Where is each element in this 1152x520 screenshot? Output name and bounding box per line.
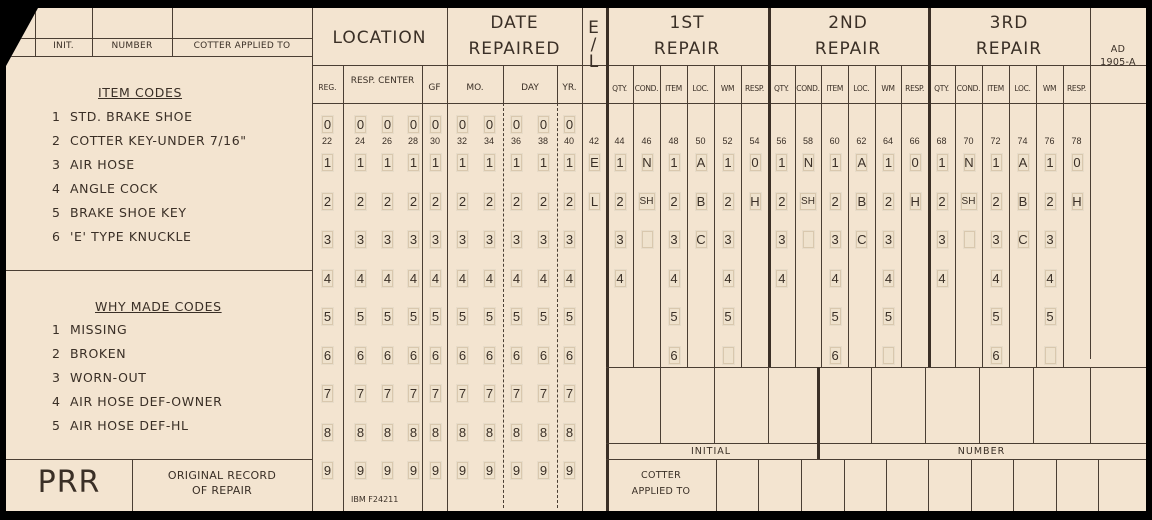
divider [768,8,771,367]
punch-position[interactable] [1044,346,1057,365]
divider [716,459,717,511]
punch-position[interactable]: E [588,153,601,172]
punch-position[interactable]: SH [799,192,817,211]
punch-position[interactable] [722,346,735,365]
punch-position[interactable]: A [695,153,708,172]
column-number: 32 [450,136,474,146]
punch-position[interactable]: 1 [510,153,523,172]
punch-position[interactable]: 4 [990,269,1003,288]
punch-position[interactable]: 1 [990,153,1003,172]
punch-position[interactable]: 6 [990,346,1003,365]
item-code-label: BRAKE SHOE KEY [70,205,187,220]
punch-position[interactable]: 0 [456,115,469,134]
punch-position[interactable]: 6 [563,346,576,365]
repair-title-line2: REPAIR [928,39,1090,59]
repair-field-header: RESP. [1063,84,1090,93]
punch-position[interactable]: 5 [510,307,523,326]
punch-position[interactable]: 2 [990,192,1003,211]
divider [1063,65,1064,367]
punch-position[interactable]: 4 [537,269,550,288]
punch-position[interactable]: 3 [456,230,469,249]
repair-field-header: WM [714,84,741,93]
divider [6,459,312,460]
punch-position[interactable]: 6 [407,346,420,365]
divider [928,459,929,511]
gf-header: GF [422,83,447,93]
punch-card: INIT. NUMBER COTTER APPLIED TO ITEM CODE… [6,8,1146,511]
punch-position[interactable]: 0 [1071,153,1084,172]
punch-position[interactable]: 1 [563,153,576,172]
divider [871,367,872,443]
punch-position[interactable]: 0 [563,115,576,134]
divider [1090,367,1091,443]
punch-position[interactable]: 9 [483,461,496,480]
punch-position[interactable]: 7 [354,384,367,403]
punch-position[interactable]: 6 [483,346,496,365]
punch-position[interactable]: 2 [321,192,334,211]
punch-position[interactable]: 4 [722,269,735,288]
number-label: NUMBER [817,446,1146,457]
resp-center-header: RESP. CENTER [343,75,422,87]
repair-field-header: COND. [633,84,660,93]
punch-position[interactable]: 4 [429,269,442,288]
cotter-label-line2: APPLIED TO [606,486,716,497]
punch-position[interactable]: 7 [456,384,469,403]
punch-position[interactable]: 2 [563,192,576,211]
punch-position[interactable]: 5 [1044,307,1057,326]
punch-position[interactable]: 0 [909,153,922,172]
divider [741,65,742,367]
punch-position[interactable]: 7 [510,384,523,403]
punch-position[interactable]: 0 [321,115,334,134]
divider [979,367,980,443]
column-number: 48 [660,136,687,146]
punch-position[interactable]: 4 [882,269,895,288]
divider [422,113,423,508]
punch-position[interactable]: H [1071,192,1084,211]
punch-position[interactable]: 2 [614,192,627,211]
item-code-label: 'E' TYPE KNUCKLE [70,229,192,244]
punch-position[interactable]: 4 [668,269,681,288]
punch-position[interactable]: 3 [722,230,735,249]
railroad-logo: PRR [6,465,132,500]
punch-position[interactable]: 4 [483,269,496,288]
divider [844,459,845,511]
punch-position[interactable]: 9 [537,461,550,480]
punch-position[interactable]: 1 [483,153,496,172]
column-number: 38 [531,136,555,146]
divider [582,8,583,511]
divider [1033,367,1034,443]
punch-position[interactable]: 7 [537,384,550,403]
punch-position[interactable]: 3 [829,230,842,249]
punch-position[interactable]: 5 [321,307,334,326]
column-number: 56 [768,136,795,146]
punch-position[interactable]: 9 [456,461,469,480]
punch-position[interactable]: 8 [429,423,442,442]
punch-position[interactable]: 2 [829,192,842,211]
punch-position[interactable]: 6 [537,346,550,365]
punch-position[interactable]: 0 [381,115,394,134]
punch-position[interactable]: 2 [882,192,895,211]
item-codes-title: ITEM CODES [98,85,182,100]
punch-position[interactable]: 0 [483,115,496,134]
date-title-line1: DATE [447,13,582,33]
punch-position[interactable]: 7 [483,384,496,403]
divider [633,65,634,367]
punch-position[interactable]: 3 [321,230,334,249]
punch-position[interactable]: 3 [429,230,442,249]
punch-position[interactable]: 3 [563,230,576,249]
divider [606,459,1146,460]
punch-position[interactable]: 5 [537,307,550,326]
punch-position[interactable]: B [695,192,708,211]
punch-position[interactable]: 1 [381,153,394,172]
punch-position[interactable]: 4 [456,269,469,288]
repair-field-header: QTY. [606,84,633,93]
column-number: 28 [401,136,425,146]
punch-position[interactable]: 5 [483,307,496,326]
punch-position[interactable]: 9 [510,461,523,480]
punch-position[interactable]: C [1017,230,1030,249]
punch-position[interactable]: SH [638,192,656,211]
punch-position[interactable]: 0 [407,115,420,134]
why-code-label: MISSING [70,322,127,337]
punch-position[interactable]: 4 [563,269,576,288]
divider [1009,65,1010,367]
punch-position[interactable]: 4 [614,269,627,288]
column-number: 24 [348,136,372,146]
divider [925,367,926,443]
divider [901,65,902,367]
punch-position[interactable]: 3 [936,230,949,249]
punch-position[interactable]: 8 [537,423,550,442]
divider [848,65,849,367]
why-code-number: 2 [52,346,61,361]
location-title: LOCATION [312,28,447,48]
punch-position[interactable]: 6 [321,346,334,365]
why-code-label: BROKEN [70,346,126,361]
punch-position[interactable] [882,346,895,365]
punch-position[interactable]: 5 [990,307,1003,326]
punch-position[interactable]: 6 [381,346,394,365]
punch-position[interactable] [963,230,976,249]
item-code-number: 6 [52,229,61,244]
punch-position[interactable] [802,230,815,249]
divider [758,459,759,511]
column-number: 36 [504,136,528,146]
item-code-number: 3 [52,157,61,172]
punch-position[interactable]: 3 [990,230,1003,249]
punch-position[interactable]: 0 [510,115,523,134]
punch-position[interactable]: 8 [483,423,496,442]
column-number: 34 [477,136,501,146]
repair-field-header: ITEM [821,84,848,93]
column-number: 40 [557,136,581,146]
divider [1036,65,1037,367]
punch-position[interactable]: 1 [775,153,788,172]
divider [6,56,312,57]
punch-position[interactable]: 3 [882,230,895,249]
month-header: MO. [447,83,503,93]
punch-position[interactable]: B [855,192,868,211]
punch-position[interactable]: 2 [483,192,496,211]
punch-position[interactable]: 5 [407,307,420,326]
column-number: 50 [687,136,714,146]
punch-position[interactable]: 9 [381,461,394,480]
punch-position[interactable]: SH [960,192,978,211]
punch-position[interactable]: 9 [321,461,334,480]
punch-position[interactable]: 4 [381,269,394,288]
punch-position[interactable]: 7 [429,384,442,403]
divider [660,65,661,367]
column-number: 74 [1009,136,1036,146]
repair-field-header: LOC. [687,84,714,93]
divider [312,103,1152,104]
punch-position[interactable]: 6 [668,346,681,365]
divider [1013,459,1014,511]
punch-position[interactable]: N [641,153,654,172]
punch-position[interactable]: 5 [668,307,681,326]
punch-position[interactable]: 5 [882,307,895,326]
punch-position[interactable]: 2 [456,192,469,211]
divider [6,38,312,39]
repair-field-header: COND. [955,84,982,93]
punch-position[interactable]: 9 [563,461,576,480]
year-header: YR. [557,83,582,93]
repair-title-line2: REPAIR [606,39,768,59]
column-number: 66 [901,136,928,146]
punch-position[interactable]: C [695,230,708,249]
punch-position[interactable]: 5 [429,307,442,326]
punch-position[interactable]: 4 [407,269,420,288]
why-code-label: AIR HOSE DEF-OWNER [70,394,222,409]
divider [312,65,1152,66]
column-number: 30 [423,136,447,146]
punch-position[interactable]: 2 [407,192,420,211]
punch-position[interactable]: H [749,192,762,211]
why-code-number: 1 [52,322,61,337]
repair-field-header: ITEM [982,84,1009,93]
repair-field-header: RESP. [901,84,928,93]
punch-position[interactable]: 3 [668,230,681,249]
punch-position[interactable]: 0 [354,115,367,134]
column-number: 42 [582,136,606,146]
punch-position[interactable]: 3 [537,230,550,249]
column-number: 68 [928,136,955,146]
punch-position[interactable]: 8 [354,423,367,442]
punch-position[interactable]: 2 [775,192,788,211]
column-number: 76 [1036,136,1063,146]
punch-position[interactable]: 3 [407,230,420,249]
punch-position[interactable]: 4 [1044,269,1057,288]
divider [875,65,876,367]
why-code-label: WORN-OUT [70,370,147,385]
punch-position[interactable]: 5 [563,307,576,326]
punch-position[interactable]: 4 [354,269,367,288]
punch-position[interactable]: 1 [829,153,842,172]
punch-position[interactable]: 8 [321,423,334,442]
punch-position[interactable]: L [588,192,601,211]
divider [660,367,661,443]
punch-position[interactable]: 2 [354,192,367,211]
punch-position[interactable]: 1 [354,153,367,172]
punch-position[interactable]: 1 [537,153,550,172]
punch-position[interactable]: 3 [354,230,367,249]
punch-position[interactable]: N [963,153,976,172]
divider [714,367,715,443]
divider [714,65,715,367]
punch-position[interactable]: 1 [614,153,627,172]
punch-position[interactable]: 7 [381,384,394,403]
punch-position[interactable]: 3 [483,230,496,249]
punch-position[interactable]: 9 [407,461,420,480]
punch-position[interactable]: 3 [614,230,627,249]
punch-position[interactable]: B [1017,192,1030,211]
why-code-label: AIR HOSE DEF-HL [70,418,189,433]
date-title-line2: REPAIRED [447,39,582,59]
repair-field-header: WM [875,84,902,93]
punch-position[interactable]: 3 [381,230,394,249]
punch-position[interactable]: 5 [354,307,367,326]
divider [801,459,802,511]
punch-position[interactable]: 2 [1044,192,1057,211]
divider [1056,459,1057,511]
punch-position[interactable]: 4 [775,269,788,288]
column-number: 22 [315,136,339,146]
initial-label: INITIAL [606,446,816,457]
punch-position[interactable]: 8 [510,423,523,442]
divider [971,459,972,511]
punch-position[interactable]: 8 [456,423,469,442]
divider [928,8,931,367]
repair-title-line1: 2ND [768,13,928,33]
punch-position[interactable]: 5 [381,307,394,326]
punch-position[interactable]: A [855,153,868,172]
punch-position[interactable]: 1 [429,153,442,172]
punch-position[interactable]: 7 [407,384,420,403]
punch-position[interactable]: A [1017,153,1030,172]
divider [6,270,312,271]
column-number: 46 [633,136,660,146]
column-number: 60 [821,136,848,146]
divider [821,65,822,367]
punch-position[interactable]: 6 [829,346,842,365]
divider [795,65,796,367]
divider [687,65,688,367]
punch-position[interactable]: 2 [668,192,681,211]
why-code-number: 3 [52,370,61,385]
punch-position[interactable]: 1 [722,153,735,172]
column-number: 64 [875,136,902,146]
punch-position[interactable]: 5 [456,307,469,326]
column-number: 78 [1063,136,1090,146]
punch-position[interactable]: 2 [537,192,550,211]
punch-position[interactable]: 6 [354,346,367,365]
punch-position[interactable]: 3 [1044,230,1057,249]
divider [503,103,504,508]
punch-position[interactable]: 1 [456,153,469,172]
repair-field-header: COND. [795,84,822,93]
item-code-number: 2 [52,133,61,148]
punch-position[interactable]: 2 [510,192,523,211]
punch-position[interactable]: 9 [429,461,442,480]
repair-field-header: QTY. [768,84,795,93]
punch-position[interactable]: 9 [354,461,367,480]
punch-position[interactable]: 8 [381,423,394,442]
repair-field-header: ITEM [660,84,687,93]
punch-position[interactable]: 2 [722,192,735,211]
form-id-line2: 1905-A [1090,57,1146,68]
punch-position[interactable]: 4 [510,269,523,288]
divider [606,367,1146,368]
punch-position[interactable]: 5 [829,307,842,326]
column-number: 70 [955,136,982,146]
punch-position[interactable]: 2 [381,192,394,211]
punch-position[interactable]: 1 [321,153,334,172]
punch-position[interactable]: 2 [936,192,949,211]
column-number: 54 [741,136,768,146]
divider [343,113,344,508]
punch-position[interactable]: 6 [510,346,523,365]
punch-position[interactable]: 1 [882,153,895,172]
punch-position[interactable]: 1 [407,153,420,172]
punch-position[interactable]: H [909,192,922,211]
punch-position[interactable]: 0 [537,115,550,134]
punch-position[interactable]: 8 [563,423,576,442]
item-code-label: AIR HOSE [70,157,135,172]
ibm-imprint: IBM F24211 [351,495,398,504]
punch-position[interactable]: 3 [510,230,523,249]
punch-position[interactable]: 6 [456,346,469,365]
repair-title-line1: 1ST [606,13,768,33]
repair-field-header: LOC. [848,84,875,93]
punch-position[interactable]: 6 [429,346,442,365]
divider [886,459,887,511]
punch-position[interactable]: C [855,230,868,249]
punch-position[interactable]: 4 [829,269,842,288]
punch-position[interactable]: 8 [407,423,420,442]
repair-field-header: QTY. [928,84,955,93]
punch-position[interactable]: 1 [936,153,949,172]
punch-position[interactable]: 0 [429,115,442,134]
item-code-number: 1 [52,109,61,124]
why-code-number: 5 [52,418,61,433]
punch-position[interactable]: 5 [722,307,735,326]
cotter-label-line1: COTTER [606,470,716,481]
punch-position[interactable]: 7 [563,384,576,403]
why-code-number: 4 [52,394,61,409]
punch-position[interactable]: 0 [749,153,762,172]
punch-position[interactable]: 7 [321,384,334,403]
punch-position[interactable]: 4 [321,269,334,288]
punch-position[interactable]: 2 [429,192,442,211]
column-number: 62 [848,136,875,146]
punch-position[interactable]: 4 [936,269,949,288]
punch-position[interactable]: 1 [668,153,681,172]
item-code-number: 4 [52,181,61,196]
punch-position[interactable]: 1 [1044,153,1057,172]
init-header: INIT. [35,41,92,51]
repair-title-line2: REPAIR [768,39,928,59]
punch-position[interactable]: 3 [775,230,788,249]
item-code-label: COTTER KEY-UNDER 7/16" [70,133,247,148]
number-header: NUMBER [92,41,172,51]
column-number: 44 [606,136,633,146]
punch-position[interactable] [641,230,654,249]
reg-header: REG. [312,83,343,92]
punch-position[interactable]: N [802,153,815,172]
